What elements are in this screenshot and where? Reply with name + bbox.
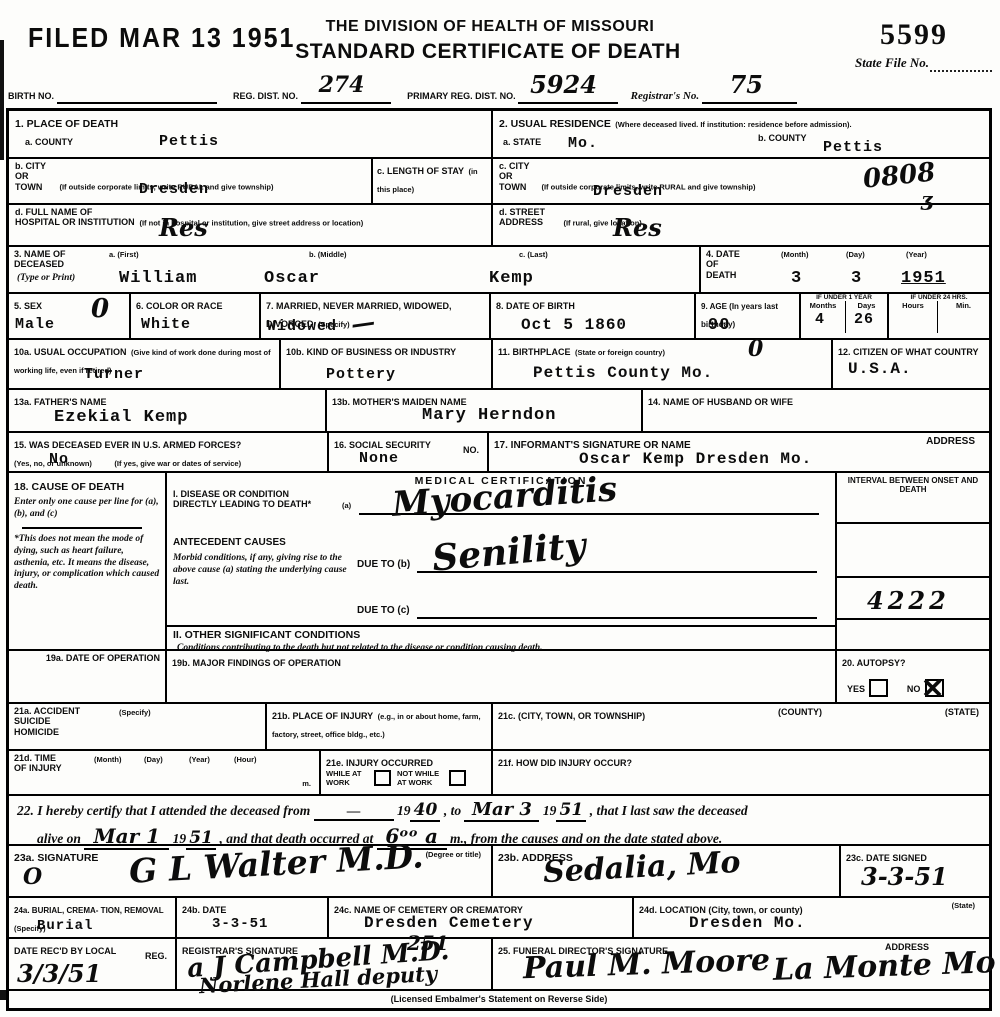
- state-file-number: 5599: [880, 18, 948, 52]
- injury-m-label: m.: [302, 779, 311, 788]
- hospital-label: d. FULL NAME OF HOSPITAL OR INSTITUTION: [15, 207, 135, 228]
- date-received-value: 3/3/51: [17, 959, 101, 988]
- cause-label: 18. CAUSE OF DEATH: [14, 481, 124, 493]
- section-mother: 13b. MOTHER'S MAIDEN NAME Mary Herndon: [327, 390, 643, 431]
- county-label: a. COUNTY: [25, 137, 73, 147]
- age-value: 90: [708, 316, 730, 335]
- operation-findings-label: 19b. MAJOR FINDINGS OF OPERATION: [172, 658, 341, 668]
- under-1-year-label: IF UNDER 1 YEAR: [801, 294, 887, 301]
- section-burial-type: 24a. BURIAL, CREMA- TION, REMOVAL (Speci…: [9, 898, 177, 937]
- injury-state-label: (STATE): [945, 707, 979, 717]
- residence-county-label: b. COUNTY: [758, 133, 807, 143]
- antecedent-label: ANTECEDENT CAUSES: [173, 537, 286, 549]
- certify-from-value: —: [314, 803, 394, 821]
- birth-no-blank: [57, 88, 217, 104]
- operation-date-label: 19a. DATE OF OPERATION: [14, 653, 160, 663]
- registrar-no-value: 75: [730, 70, 763, 99]
- dod-month-label: (Month): [781, 250, 808, 259]
- burial-type-label: 24a. BURIAL, CREMA- TION, REMOVAL: [14, 906, 164, 915]
- antecedent-note: Morbid conditions, if any, giving rise t…: [173, 553, 348, 589]
- residence-state-value: Mo.: [568, 135, 598, 152]
- section-physician-address: 23b. ADDRESS Sedalia, Mo: [493, 846, 841, 896]
- accident-label: 21a. ACCIDENT SUICIDE HOMICIDE: [14, 706, 94, 737]
- primary-reg-value: 5924: [530, 70, 597, 99]
- dod-year-label: (Year): [906, 250, 927, 259]
- dod-day-label: (Day): [846, 250, 865, 259]
- reg-dist-label: REG. DIST. NO.: [233, 91, 298, 101]
- father-label: 13a. FATHER'S NAME: [14, 397, 107, 407]
- section-injury-occurred: 21e. INJURY OCCURRED WHILE AT WORK NOT W…: [321, 751, 493, 794]
- registration-line: BIRTH NO. REG. DIST. NO. 274 PRIMARY REG…: [8, 88, 992, 104]
- cause-instruction-1: Enter only one cause per line for (a), (…: [14, 497, 160, 521]
- line-a-label: (a): [342, 501, 351, 510]
- section-time-of-injury: 21d. TIME OF INJURY (Month) (Day) (Year)…: [9, 751, 321, 794]
- due-to-b-label: DUE TO (b): [357, 559, 410, 571]
- informant-address-label: ADDRESS: [926, 436, 975, 448]
- section-interval: INTERVAL BETWEEN ONSET AND DEATH 4222: [837, 473, 989, 649]
- section-age-under-24-hrs: IF UNDER 24 HRS. Hours Min.: [889, 294, 989, 338]
- sex-label: 5. SEX: [14, 301, 42, 311]
- injury-occurred-label: 21e. INJURY OCCURRED: [326, 758, 433, 768]
- section-spouse: 14. NAME OF HUSBAND OR WIFE: [643, 390, 989, 431]
- business-value: Pottery: [326, 366, 396, 383]
- section-how-injury-occurred: 21f. HOW DID INJURY OCCUR?: [493, 751, 989, 794]
- birthplace-value: Pettis County Mo.: [533, 364, 713, 382]
- certify-year2-prefix: 19: [543, 803, 557, 818]
- race-value: White: [141, 316, 191, 333]
- injury-month-label: (Month): [94, 755, 121, 764]
- days-value: 26: [854, 311, 874, 328]
- not-while-at-work-checkbox: [449, 770, 466, 786]
- burial-type-value: Burial: [37, 918, 93, 934]
- scan-edge-artifact: [0, 40, 4, 160]
- registrar-no-blank: 75: [702, 88, 797, 104]
- certify-number: 22.: [17, 803, 34, 818]
- section-cemetery: 24c. NAME OF CEMETERY OR CREMATORY Dresd…: [329, 898, 634, 937]
- section-burial-date: 24b. DATE 3-3-51: [177, 898, 329, 937]
- other-conditions-label: II. OTHER SIGNIFICANT CONDITIONS: [173, 629, 360, 641]
- months-value: 4: [815, 311, 825, 328]
- name-sub-label: (Type or Print): [17, 273, 75, 285]
- autopsy-yes-checkbox: [869, 679, 888, 697]
- name-label: 3. NAME OF DECEASED: [14, 249, 99, 270]
- section-physician-signature: 23a. SIGNATURE (Degree or title) O G L W…: [9, 846, 493, 896]
- certify-to-value: Mar 3: [464, 799, 539, 822]
- interval-value: 4222: [867, 586, 950, 615]
- min-label: Min.: [938, 301, 989, 310]
- street-address-value: Res: [613, 213, 662, 242]
- disease-label-2: DIRECTLY LEADING TO DEATH*: [173, 499, 311, 509]
- sex-annotation-mark: 0: [91, 294, 109, 324]
- marital-flourish-mark: —: [349, 306, 377, 338]
- section-place-of-death: 1. PLACE OF DEATH a. COUNTY Pettis b. CI…: [9, 111, 493, 245]
- funeral-director-value: Paul M. Moore: [522, 943, 770, 987]
- race-label: 6. COLOR OR RACE: [136, 301, 223, 311]
- interval-line-a: [837, 494, 989, 524]
- autopsy-no-label: NO: [907, 684, 921, 694]
- accident-note: (Specify): [119, 708, 151, 717]
- injury-county-label: (COUNTY): [778, 707, 822, 717]
- autopsy-no-x-mark: ✕: [921, 672, 944, 705]
- funeral-director-address-value: La Monte Mo: [772, 945, 996, 988]
- armed-forces-value: No: [49, 451, 69, 468]
- father-value: Ezekial Kemp: [54, 408, 188, 427]
- primary-reg-blank: 5924: [518, 88, 618, 104]
- injury-year-label: (Year): [189, 755, 210, 764]
- certify-year2-value: 51: [556, 800, 586, 822]
- first-label: a. (First): [109, 250, 139, 259]
- disease-label-1: I. DISEASE OR CONDITION: [173, 489, 289, 499]
- state-file-dotted-line: [930, 70, 992, 72]
- section-marital-status: 7. MARRIED, NEVER MARRIED, WIDOWED, DIVO…: [261, 294, 491, 338]
- days-label: Days: [846, 301, 887, 310]
- cause-instruction-2: *This does not mean the mode of dying, s…: [14, 534, 160, 593]
- citizen-label: 12. CITIZEN OF WHAT COUNTRY: [838, 347, 979, 357]
- citizen-value: U.S.A.: [848, 360, 912, 378]
- ssn-label-2: NO.: [463, 445, 479, 455]
- degree-label: (Degree or title): [426, 850, 481, 859]
- section-business: 10b. KIND OF BUSINESS OR INDUSTRY Potter…: [281, 340, 493, 388]
- section-name-of-deceased: 3. NAME OF DECEASED a. (First) b. (Middl…: [9, 247, 701, 292]
- section-sex: 5. SEX 0 Male: [9, 294, 131, 338]
- injury-day-label: (Day): [144, 755, 163, 764]
- certify-text-4: m., from the causes and on the date stat…: [450, 831, 722, 846]
- certify-year1-value: 40: [410, 800, 440, 822]
- section-cause-of-death: 18. CAUSE OF DEATH Enter only one cause …: [9, 473, 167, 649]
- informant-value: Oscar Kemp Dresden Mo.: [579, 450, 812, 468]
- reg-dist-value: 274: [319, 72, 365, 98]
- signature-label: 23a. SIGNATURE: [14, 852, 98, 864]
- certify-to-word: , to: [444, 803, 461, 818]
- section-date-of-operation: 19a. DATE OF OPERATION: [9, 651, 167, 702]
- state-file-label: State File No.: [855, 55, 929, 71]
- section-usual-residence: 2. USUAL RESIDENCE (Where deceased lived…: [493, 111, 989, 245]
- birthplace-label: 11. BIRTHPLACE: [498, 347, 571, 357]
- usual-residence-note: (Where deceased lived. If institution: r…: [615, 120, 851, 129]
- occupation-value: Turner: [84, 366, 144, 383]
- middle-label: b. (Middle): [309, 250, 347, 259]
- dob-value: Oct 5 1860: [521, 316, 627, 334]
- burial-location-value: Dresden Mo.: [689, 914, 806, 932]
- while-at-work-checkbox: [374, 770, 391, 786]
- line-c-rule: [417, 617, 817, 619]
- how-injury-label: 21f. HOW DID INJURY OCCUR?: [498, 758, 632, 768]
- death-certificate-scan: FILED MAR 13 1951 THE DIVISION OF HEALTH…: [0, 0, 1000, 1017]
- dob-label: 8. DATE OF BIRTH: [496, 301, 575, 311]
- last-name-value: Kemp: [489, 269, 534, 288]
- birthplace-annotation-mark: 0: [748, 336, 763, 362]
- armed-forces-note2: (If yes, give war or dates of service): [114, 459, 241, 468]
- city-value: Dresden: [139, 181, 209, 198]
- section-injury-city: 21c. (CITY, TOWN, OR TOWNSHIP) (COUNTY) …: [493, 704, 989, 749]
- registrar-no-label: Registrar's No.: [631, 90, 699, 104]
- residence-city-label: c. CITY OR TOWN: [499, 161, 537, 192]
- dod-year-value: 1951: [901, 269, 946, 288]
- signature-annotation-mark: O: [23, 864, 42, 890]
- date-received-label: DATE REC'D BY LOCAL: [14, 946, 116, 956]
- autopsy-no-checkbox: ✕: [925, 679, 944, 697]
- primary-reg-label: PRIMARY REG. DIST. NO.: [407, 91, 516, 101]
- autopsy-yes-label: YES: [847, 684, 865, 694]
- hours-label: Hours: [889, 301, 937, 310]
- section-date-received: DATE REC'D BY LOCAL REG. 3/3/51: [9, 939, 177, 989]
- street-address-label: d. STREET ADDRESS: [499, 207, 559, 228]
- date-of-death-label: 4. DATE OF DEATH: [706, 249, 751, 280]
- section-burial-location: 24d. LOCATION (City, town, or county) (S…: [634, 898, 989, 937]
- section-date-of-death: 4. DATE OF DEATH (Month) (Day) (Year) 3 …: [701, 247, 989, 292]
- injury-hour-label: (Hour): [234, 755, 257, 764]
- section-certification-statement: 22. I hereby certify that I attended the…: [9, 796, 989, 844]
- certify-text-2: , that I last saw the deceased: [590, 803, 748, 818]
- burial-location-state-label: (State): [952, 901, 975, 910]
- section-informant: 17. INFORMANT'S SIGNATURE OR NAME ADDRES…: [489, 433, 989, 471]
- due-to-c-label: DUE TO (c): [357, 605, 410, 617]
- section-medical-certification: MEDICAL CERTIFICATION I. DISEASE OR COND…: [167, 473, 837, 649]
- section-age: 9. AGE (In years last birthday) 90: [696, 294, 801, 338]
- time-of-injury-label: 21d. TIME OF INJURY: [14, 753, 69, 774]
- section-date-of-birth: 8. DATE OF BIRTH Oct 5 1860: [491, 294, 696, 338]
- interval-label: INTERVAL BETWEEN ONSET AND DEATH: [837, 473, 989, 494]
- ssn-label: 16. SOCIAL SECURITY: [334, 440, 431, 450]
- residence-county-value: Pettis: [823, 139, 883, 156]
- reg-dist-blank: 274: [301, 88, 391, 104]
- document-title-line1: THE DIVISION OF HEALTH OF MISSOURI: [290, 18, 690, 36]
- birth-no-label: BIRTH NO.: [8, 91, 54, 101]
- mother-value: Mary Herndon: [422, 406, 556, 425]
- not-while-at-work-label: NOT WHILE AT WORK: [397, 769, 443, 787]
- residence-state-label: a. STATE: [503, 137, 541, 147]
- interval-line-c: 4222: [837, 578, 989, 620]
- residence-city-value: Dresden: [593, 183, 663, 200]
- section-age-under-1-year: IF UNDER 1 YEAR Months 4 Days 26: [801, 294, 889, 338]
- section-race: 6. COLOR OR RACE White: [131, 294, 261, 338]
- section-accident-suicide-homicide: 21a. ACCIDENT SUICIDE HOMICIDE (Specify): [9, 704, 267, 749]
- place-of-injury-label: 21b. PLACE OF INJURY: [272, 711, 373, 721]
- injury-city-label: 21c. (CITY, TOWN, OR TOWNSHIP): [498, 711, 645, 721]
- section-father: 13a. FATHER'S NAME Ezekial Kemp: [9, 390, 327, 431]
- first-name-value: William: [119, 269, 197, 288]
- last-label: c. (Last): [519, 250, 548, 259]
- dod-month-value: 3: [791, 269, 802, 288]
- date-received-label-2: REG.: [145, 951, 167, 961]
- date-signed-value: 3-3-51: [861, 862, 948, 891]
- burial-date-value: 3-3-51: [212, 916, 268, 932]
- hospital-value: Res: [159, 213, 208, 242]
- middle-name-value: Oscar: [264, 269, 320, 288]
- occupation-label: 10a. USUAL OCCUPATION: [14, 347, 127, 357]
- filed-stamp: FILED MAR 13 1951: [28, 23, 295, 55]
- place-of-death-title: 1. PLACE OF DEATH: [15, 118, 118, 130]
- under-24-hrs-label: IF UNDER 24 HRS.: [889, 294, 989, 301]
- section-birthplace: 11. BIRTHPLACE (State or foreign country…: [493, 340, 833, 388]
- spouse-label: 14. NAME OF HUSBAND OR WIFE: [648, 397, 793, 407]
- certificate-form: 1. PLACE OF DEATH a. COUNTY Pettis b. CI…: [6, 108, 992, 1011]
- section-operation-findings: 19b. MAJOR FINDINGS OF OPERATION: [167, 651, 837, 702]
- section-place-of-injury: 21b. PLACE OF INJURY (e.g., in or about …: [267, 704, 493, 749]
- certify-alive-word: alive on: [37, 831, 81, 846]
- document-title-line2: STANDARD CERTIFICATE OF DEATH: [278, 40, 698, 64]
- section-citizen: 12. CITIZEN OF WHAT COUNTRY U.S.A.: [833, 340, 989, 388]
- section-occupation: 10a. USUAL OCCUPATION (Give kind of work…: [9, 340, 281, 388]
- section-funeral-director: 25. FUNERAL DIRECTOR'S SIGNATURE ADDRESS…: [493, 939, 989, 989]
- certify-text-1: I hereby certify that I attended the dec…: [37, 803, 310, 818]
- birthplace-note: (State or foreign country): [575, 348, 665, 357]
- section-autopsy: 20. AUTOPSY? YES NO ✕: [837, 651, 989, 702]
- business-label: 10b. KIND OF BUSINESS OR INDUSTRY: [286, 347, 456, 357]
- autopsy-label: 20. AUTOPSY?: [842, 658, 906, 668]
- armed-forces-label: 15. WAS DECEASED EVER IN U.S. ARMED FORC…: [14, 440, 241, 450]
- cemetery-value: Dresden Cemetery: [364, 914, 534, 932]
- county-value: Pettis: [159, 133, 219, 150]
- dod-day-value: 3: [851, 269, 862, 288]
- while-at-work-label: WHILE AT WORK: [326, 769, 368, 787]
- interval-line-b: [837, 524, 989, 578]
- marital-value: Widowed: [267, 318, 337, 335]
- section-date-signed: 23c. DATE SIGNED 3-3-51: [841, 846, 989, 896]
- section-armed-forces: 15. WAS DECEASED EVER IN U.S. ARMED FORC…: [9, 433, 329, 471]
- section-registrar-signature: REGISTRAR'S SIGNATURE 251 a J Campbell M…: [177, 939, 493, 989]
- section-ssn: 16. SOCIAL SECURITY NO. None: [329, 433, 489, 471]
- length-of-stay-label: c. LENGTH OF STAY: [377, 166, 464, 176]
- ssn-value: None: [359, 450, 399, 467]
- certify-year1-prefix: 19: [397, 803, 411, 818]
- embalmer-note: (Licensed Embalmer's Statement on Revers…: [9, 991, 989, 1008]
- city-label: b. CITY OR TOWN: [15, 161, 55, 192]
- certify-year3-prefix: 19: [173, 831, 187, 846]
- burial-date-label: 24b. DATE: [182, 905, 226, 915]
- sex-value: Male: [15, 316, 55, 333]
- months-label: Months: [801, 301, 845, 310]
- usual-residence-title: 2. USUAL RESIDENCE: [499, 118, 611, 130]
